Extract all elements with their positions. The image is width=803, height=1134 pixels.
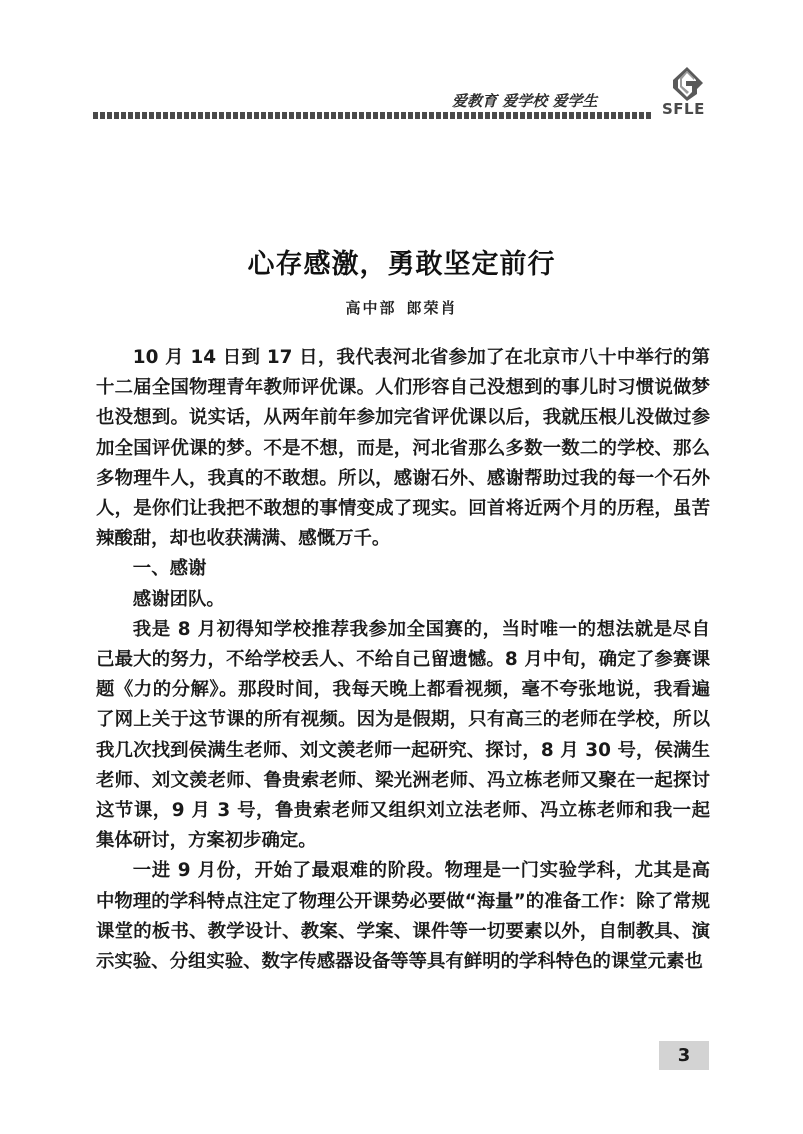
article-byline: 高中部郎荣肖	[0, 297, 803, 318]
header-slogan: 爱教育 爱学校 爱学生	[452, 90, 597, 111]
logo-text: SFLE	[662, 100, 705, 118]
section-heading: 一、感谢	[96, 554, 710, 584]
paragraph: 一进 9 月份，开始了最艰难的阶段。物理是一门实验学科，尤其是高中物理的学科特点…	[96, 856, 710, 977]
byline-author: 郎荣肖	[407, 299, 458, 317]
paragraph: 我是 8 月初得知学校推荐我参加全国赛的，当时唯一的想法就是尽自己最大的努力，不…	[96, 615, 710, 857]
article-title: 心存感激，勇敢坚定前行	[0, 242, 803, 281]
subsection-heading: 感谢团队。	[96, 585, 710, 615]
page-header: 爱教育 爱学校 爱学生 SFLE	[0, 0, 803, 130]
byline-department: 高中部	[345, 299, 396, 317]
article-body: 10 月 14 日到 17 日，我代表河北省参加了在北京市八十中举行的第十二届全…	[96, 343, 710, 977]
sfle-logo-icon	[670, 66, 704, 102]
header-dashed-rule	[93, 112, 653, 119]
page-number: 3	[659, 1041, 709, 1070]
paragraph: 10 月 14 日到 17 日，我代表河北省参加了在北京市八十中举行的第十二届全…	[96, 343, 710, 554]
school-logo: SFLE	[662, 66, 710, 126]
